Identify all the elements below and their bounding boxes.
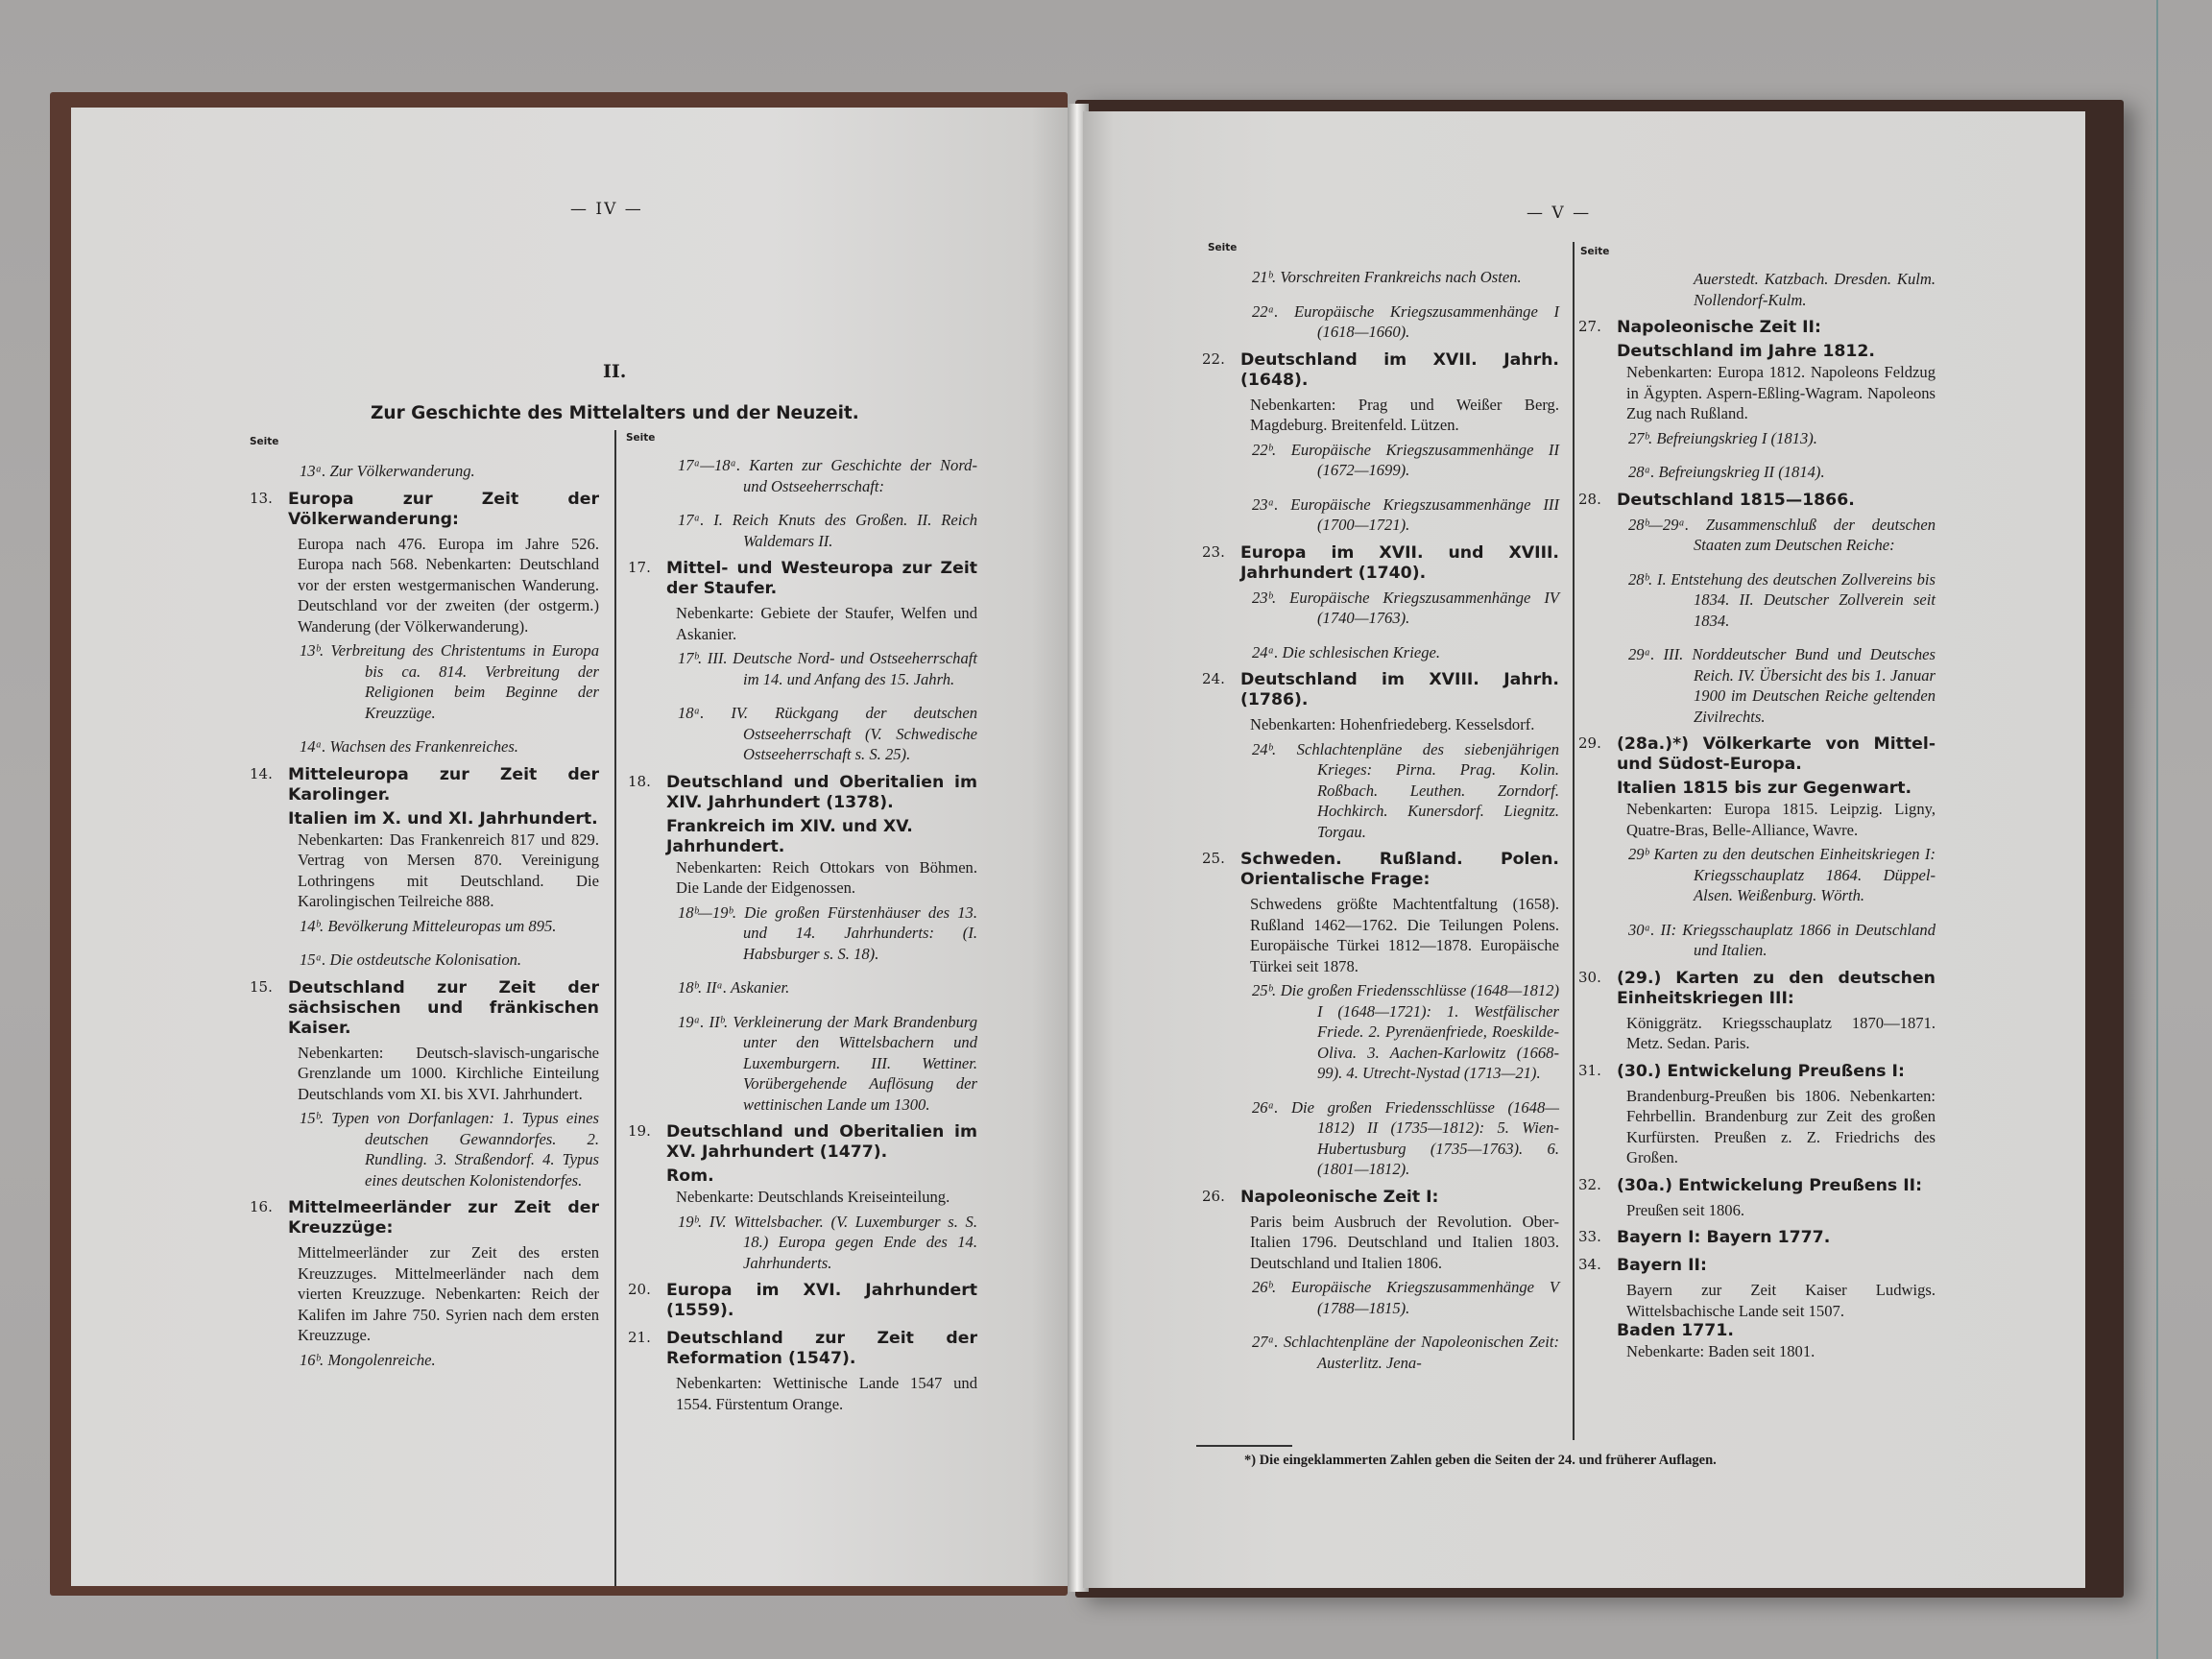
supplement-map: 24ᵃ. Die schlesischen Kriege.: [1252, 642, 1559, 663]
toc-entry: 13.Europa zur Zeit der Völkerwanderung:: [250, 490, 599, 530]
column-header-seite: Seite: [1208, 242, 1237, 253]
table-edge: [2156, 0, 2158, 1659]
map-title: Napoleonische Zeit I:: [1240, 1188, 1559, 1208]
column-header-seite: Seite: [626, 432, 655, 444]
map-subtitle: Baden 1771.: [1617, 1321, 1935, 1341]
toc-entry: 15.Deutschland zur Zeit der sächsischen …: [250, 978, 599, 1039]
map-number: 26.: [1202, 1188, 1225, 1205]
toc-entry: 18.Deutschland und Oberitalien im XIV. J…: [628, 773, 977, 813]
map-title: Deutschland im XVIII. Jahrh. (1786).: [1240, 670, 1559, 710]
supplement-map: 25ᵇ. Die großen Friedensschlüsse (1648—1…: [1252, 980, 1559, 1084]
map-title: Mitteleuropa zur Zeit der Karolinger.: [288, 765, 599, 805]
map-description: Brandenburg-Preußen bis 1806. Nebenkarte…: [1626, 1086, 1935, 1168]
supplement-map: 18ᵇ. IIᵃ. Askanier.: [678, 977, 977, 998]
map-title: Deutschland zur Zeit der sächsischen und…: [288, 978, 599, 1039]
map-number: 23.: [1202, 543, 1225, 561]
map-title: Europa im XVI. Jahrhundert (1559).: [666, 1281, 977, 1321]
map-description: Preußen seit 1806.: [1626, 1200, 1935, 1221]
toc-entry: 16.Mittelmeerländer zur Zeit der Kreuzzü…: [250, 1198, 599, 1238]
supplement-map: 28ᵃ. Befreiungskrieg II (1814).: [1628, 462, 1935, 483]
map-description: Nebenkarten: Hohenfriedeberg. Kesselsdor…: [1250, 714, 1559, 735]
column-header-seite: Seite: [1580, 246, 1609, 257]
supplement-map: 17ᵃ—18ᵃ. Karten zur Geschichte der Nord-…: [678, 455, 977, 496]
map-number: 18.: [628, 773, 651, 790]
supplement-map: 14ᵇ. Bevölkerung Mitteleuropas um 895.: [300, 916, 599, 937]
toc-entry: 19.Deutschland und Oberitalien im XV. Ja…: [628, 1122, 977, 1163]
map-description: Paris beim Ausbruch der Revolution. Ober…: [1250, 1212, 1559, 1274]
toc-entry: 25.Schweden. Rußland. Polen. Orientalisc…: [1202, 850, 1559, 890]
supplement-map: 27ᵃ. Schlachtenpläne der Napoleonischen …: [1252, 1332, 1559, 1373]
map-title: Bayern I: Bayern 1777.: [1617, 1228, 1935, 1248]
toc-column-1: 13ᵃ. Zur Völkerwanderung.13.Europa zur Z…: [250, 457, 599, 1374]
toc-entry: 17.Mittel- und Westeuropa zur Zeit der S…: [628, 559, 977, 599]
map-title: Bayern II:: [1617, 1256, 1935, 1276]
map-description: Nebenkarten: Wettinische Lande 1547 und …: [676, 1373, 977, 1414]
column-header-seite: Seite: [250, 436, 278, 447]
supplement-map: 21ᵇ. Vorschreiten Frankreichs nach Osten…: [1252, 267, 1559, 288]
map-number: 33.: [1578, 1228, 1601, 1245]
toc-entry: 31.(30.) Entwickelung Preußens I:: [1578, 1062, 1935, 1082]
map-description: Königgrätz. Kriegsschauplatz 1870—1871. …: [1626, 1013, 1935, 1054]
map-title: Europa zur Zeit der Völkerwanderung:: [288, 490, 599, 530]
map-number: 22.: [1202, 350, 1225, 368]
toc-column-1: 21ᵇ. Vorschreiten Frankreichs nach Osten…: [1202, 263, 1559, 1377]
page-iv: — IV — II. Zur Geschichte des Mittelalte…: [71, 108, 1071, 1586]
page-v: — V — Seite Seite 21ᵇ. Vorschreiten Fran…: [1083, 111, 2085, 1588]
map-number: 31.: [1578, 1062, 1601, 1079]
supplement-map: 23ᵃ. Europäische Kriegszusammenhänge III…: [1252, 494, 1559, 536]
supplement-map: 29ᵃ. III. Norddeutscher Bund und Deutsch…: [1628, 644, 1935, 727]
map-title: (29.) Karten zu den deutschen Einheitskr…: [1617, 969, 1935, 1009]
map-number: 25.: [1202, 850, 1225, 867]
map-number: 14.: [250, 765, 273, 782]
map-description: Nebenkarte: Gebiete der Staufer, Welfen …: [676, 603, 977, 644]
map-description: Nebenkarten: Europa 1812. Napoleons Feld…: [1626, 362, 1935, 424]
map-description: Nebenkarten: Prag und Weißer Berg. Magde…: [1250, 395, 1559, 436]
map-description: Nebenkarte: Baden seit 1801.: [1626, 1341, 1935, 1362]
map-title: Deutschland und Oberitalien im XIV. Jahr…: [666, 773, 977, 813]
supplement-map: 18ᵃ. IV. Rückgang der deutschen Ostseehe…: [678, 703, 977, 765]
map-description: Europa nach 476. Europa im Jahre 526. Eu…: [298, 534, 599, 637]
map-number: 30.: [1578, 969, 1601, 986]
map-subtitle: Deutschland im Jahre 1812.: [1617, 342, 1935, 362]
map-title: (30.) Entwickelung Preußens I:: [1617, 1062, 1935, 1082]
toc-entry: 28.Deutschland 1815—1866.: [1578, 491, 1935, 511]
map-number: 28.: [1578, 491, 1601, 508]
map-title: Schweden. Rußland. Polen. Orientalische …: [1240, 850, 1559, 890]
page-folio: — V —: [1527, 204, 1591, 223]
supplement-map: 15ᵇ. Typen von Dorfanlagen: 1. Typus ein…: [300, 1108, 599, 1190]
supplement-map: 18ᵇ—19ᵇ. Die großen Fürstenhäuser des 13…: [678, 902, 977, 965]
supplement-map: 14ᵃ. Wachsen des Frankenreiches.: [300, 736, 599, 757]
map-number: 16.: [250, 1198, 273, 1215]
toc-entry: 30.(29.) Karten zu den deutschen Einheit…: [1578, 969, 1935, 1009]
map-number: 27.: [1578, 318, 1601, 335]
map-description: Nebenkarte: Deutschlands Kreiseinteilung…: [676, 1187, 977, 1208]
map-description: Nebenkarten: Das Frankenreich 817 und 82…: [298, 829, 599, 912]
toc-entry: 26.Napoleonische Zeit I:: [1202, 1188, 1559, 1208]
map-number: 21.: [628, 1329, 651, 1346]
map-title: Deutschland 1815—1866.: [1617, 491, 1935, 511]
column-divider: [1573, 242, 1575, 1440]
supplement-map: 17ᵇ. III. Deutsche Nord- und Ostseeherrs…: [678, 648, 977, 689]
map-number: 13.: [250, 490, 273, 507]
map-number: 20.: [628, 1281, 651, 1298]
section-number: II.: [603, 361, 626, 382]
supplement-map: 28ᵇ. I. Entstehung des deutschen Zollver…: [1628, 569, 1935, 632]
supplement-map: 13ᵇ. Verbreitung des Christentums in Eur…: [300, 640, 599, 723]
map-description: Schwedens größte Machtentfaltung (1658).…: [1250, 894, 1559, 976]
toc-entry: 22.Deutschland im XVII. Jahrh. (1648).: [1202, 350, 1559, 391]
footnote-rule: [1196, 1445, 1292, 1447]
map-description: Mittelmeerländer zur Zeit des ersten Kre…: [298, 1242, 599, 1346]
map-number: 34.: [1578, 1256, 1601, 1273]
supplement-map: 19ᵃ. IIᵇ. Verkleinerung der Mark Branden…: [678, 1012, 977, 1116]
toc-entry: 14.Mitteleuropa zur Zeit der Karolinger.: [250, 765, 599, 805]
map-number: 19.: [628, 1122, 651, 1140]
map-title: Deutschland im XVII. Jahrh. (1648).: [1240, 350, 1559, 391]
map-number: 29.: [1578, 734, 1601, 752]
supplement-map: 26ᵃ. Die großen Friedensschlüsse (1648—1…: [1252, 1097, 1559, 1180]
supplement-map: 29ᵇ Karten zu den deutschen Einheitskrie…: [1628, 844, 1935, 906]
supplement-map: 22ᵃ. Europäische Kriegszusammenhänge I (…: [1252, 301, 1559, 343]
map-title: (30a.) Entwickelung Preußens II:: [1617, 1176, 1935, 1196]
supplement-map: 24ᵇ. Schlachtenpläne des siebenjährigen …: [1252, 739, 1559, 843]
supplement-map: 16ᵇ. Mongolenreiche.: [300, 1350, 599, 1371]
toc-entry: 27.Napoleonische Zeit II:: [1578, 318, 1935, 338]
supplement-map: 30ᵃ. II: Kriegsschauplatz 1866 in Deutsc…: [1628, 920, 1935, 961]
section-title: Zur Geschichte des Mittelalters und der …: [371, 403, 859, 423]
toc-entry: 23.Europa im XVII. und XVIII. Jahrhunder…: [1202, 543, 1559, 584]
toc-entry: 29.(28a.)*) Völkerkarte von Mittel- und …: [1578, 734, 1935, 775]
map-description: Nebenkarten: Deutsch-slavisch-ungarische…: [298, 1043, 599, 1105]
map-number: 17.: [628, 559, 651, 576]
supplement-map: 26ᵇ. Europäische Kriegszusammenhänge V (…: [1252, 1277, 1559, 1318]
map-subtitle: Italien im X. und XI. Jahrhundert.: [288, 809, 599, 829]
supplement-map: 15ᵃ. Die ostdeutsche Kolonisation.: [300, 950, 599, 971]
map-title: Mittel- und Westeuropa zur Zeit der Stau…: [666, 559, 977, 599]
map-number: 15.: [250, 978, 273, 996]
map-title: Deutschland zur Zeit der Reformation (15…: [666, 1329, 977, 1369]
page-folio: — IV —: [570, 200, 643, 219]
supplement-map: 22ᵇ. Europäische Kriegszusammenhänge II …: [1252, 440, 1559, 481]
map-title: Mittelmeerländer zur Zeit der Kreuzzüge:: [288, 1198, 599, 1238]
toc-entry: 20.Europa im XVI. Jahrhundert (1559).: [628, 1281, 977, 1321]
map-subtitle: Frankreich im XIV. und XV. Jahrhundert.: [666, 817, 977, 857]
map-number: 24.: [1202, 670, 1225, 687]
map-description: Nebenkarten: Europa 1815. Leipzig. Ligny…: [1626, 799, 1935, 840]
supplement-map: 19ᵇ. IV. Wittelsbacher. (V. Luxemburger …: [678, 1212, 977, 1274]
supplement-map: 27ᵇ. Befreiungskrieg I (1813).: [1628, 428, 1935, 449]
toc-entry: 21.Deutschland zur Zeit der Reformation …: [628, 1329, 977, 1369]
map-number: 32.: [1578, 1176, 1601, 1193]
map-subtitle: Italien 1815 bis zur Gegenwart.: [1617, 779, 1935, 799]
map-description: Nebenkarten: Reich Ottokars von Böhmen. …: [676, 857, 977, 899]
toc-entry: 34.Bayern II:: [1578, 1256, 1935, 1276]
toc-column-2: 17ᵃ—18ᵃ. Karten zur Geschichte der Nord-…: [628, 451, 977, 1414]
supplement-map: 28ᵇ—29ᵃ. Zusammenschluß der deutschen St…: [1628, 515, 1935, 556]
toc-entry: 32.(30a.) Entwickelung Preußens II:: [1578, 1176, 1935, 1196]
map-title: (28a.)*) Völkerkarte von Mittel- und Süd…: [1617, 734, 1935, 775]
toc-entry: 24.Deutschland im XVIII. Jahrh. (1786).: [1202, 670, 1559, 710]
map-title: Napoleonische Zeit II:: [1617, 318, 1935, 338]
map-title: Deutschland und Oberitalien im XV. Jahrh…: [666, 1122, 977, 1163]
supplement-map: 17ᵃ. I. Reich Knuts des Großen. II. Reic…: [678, 510, 977, 551]
footnote: *) Die eingeklammerten Zahlen geben die …: [1244, 1453, 1717, 1469]
supplement-map: 23ᵇ. Europäische Kriegszusammenhänge IV …: [1252, 588, 1559, 629]
toc-column-2: Auerstedt. Katzbach. Dresden. Kulm. Noll…: [1578, 265, 1935, 1362]
column-divider: [614, 430, 616, 1586]
map-description: Bayern zur Zeit Kaiser Ludwigs. Wittelsb…: [1626, 1280, 1935, 1321]
map-title: Europa im XVII. und XVIII. Jahrhundert (…: [1240, 543, 1559, 584]
toc-entry: 33.Bayern I: Bayern 1777.: [1578, 1228, 1935, 1248]
map-subtitle: Rom.: [666, 1166, 977, 1187]
supplement-map-continued: Auerstedt. Katzbach. Dresden. Kulm. Noll…: [1628, 269, 1935, 310]
supplement-map: 13ᵃ. Zur Völkerwanderung.: [300, 461, 599, 482]
